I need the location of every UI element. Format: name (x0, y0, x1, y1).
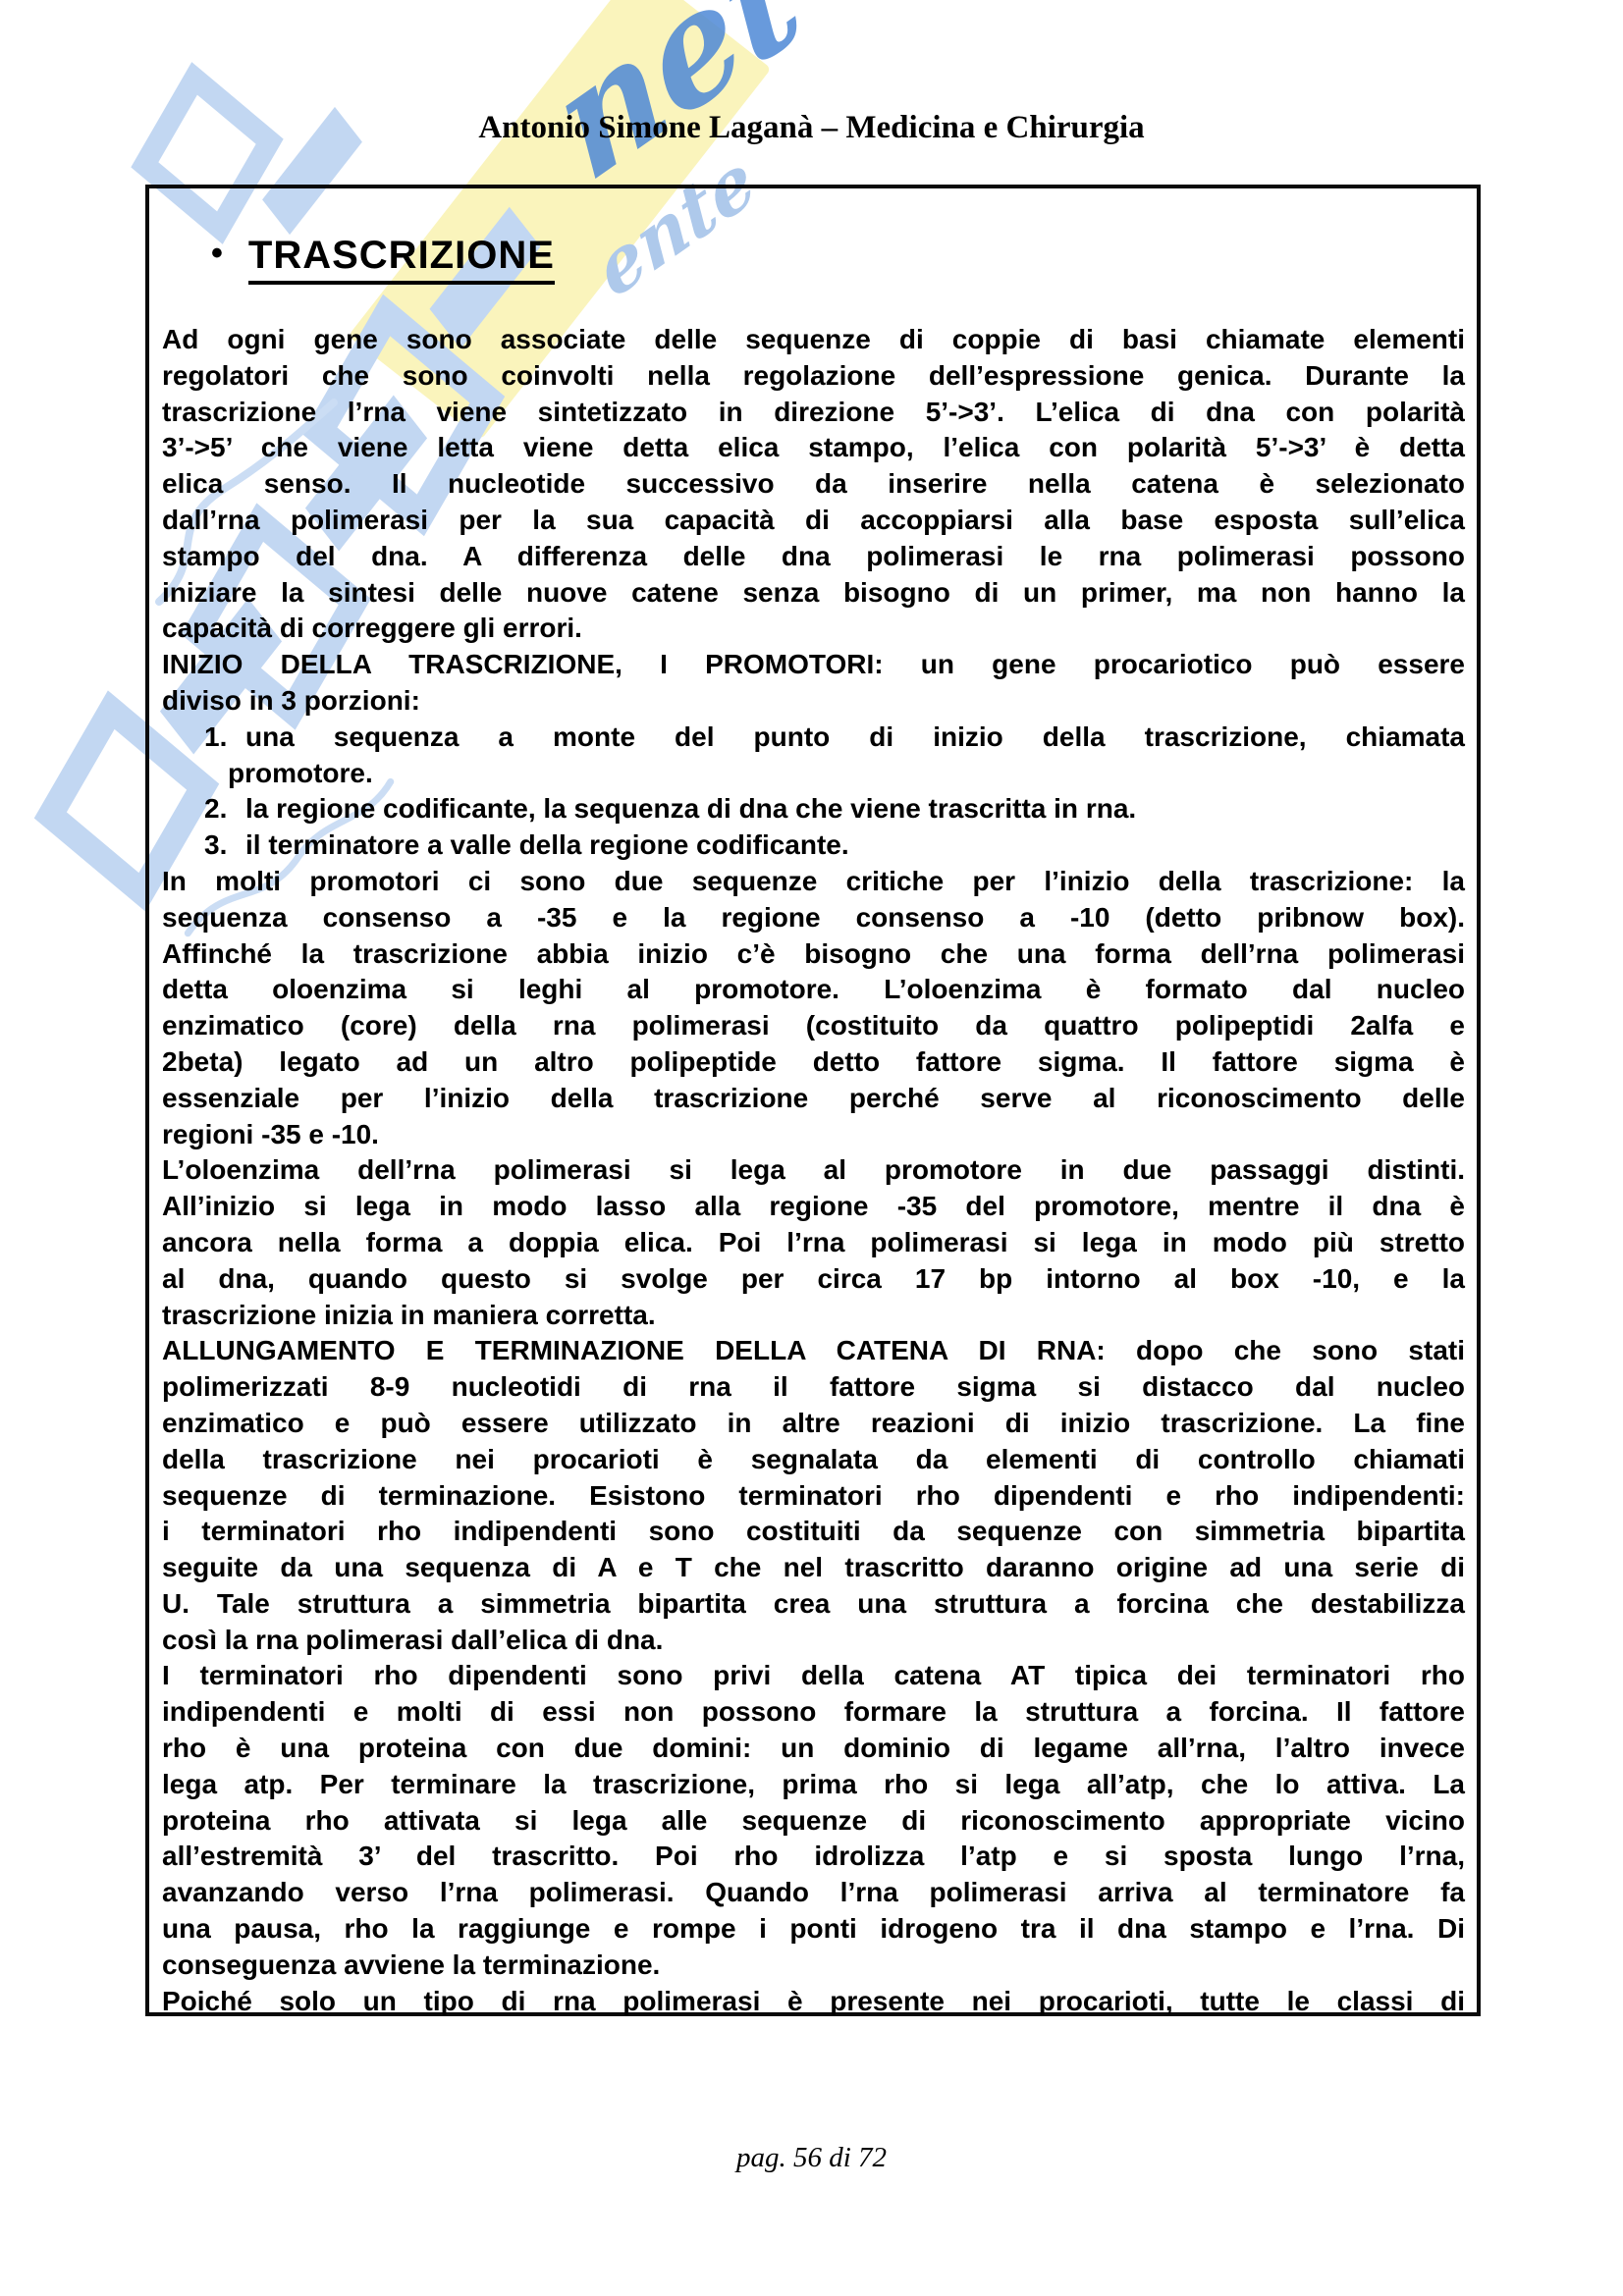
text-line: della trascrizione nei procarioti è segn… (162, 1442, 1465, 1478)
text-line: così la rna polimerasi dall’elica di dna… (162, 1623, 1465, 1659)
text-line: U. Tale struttura a simmetria bipartita … (162, 1586, 1465, 1623)
text-line: promotore. (162, 756, 1465, 792)
page-number: pag. 56 di 72 (0, 2142, 1623, 2174)
bullet-icon: • (211, 235, 223, 272)
text-line: enzimatico (core) della rna polimerasi (… (162, 1008, 1465, 1044)
text-line: Poiché solo un tipo di rna polimerasi è … (162, 1984, 1465, 2020)
text-line: proteina rho attivata si lega alle seque… (162, 1803, 1465, 1840)
list-number: 2. (204, 791, 227, 828)
text-line: lega atp. Per terminare la trascrizione,… (162, 1767, 1465, 1803)
list-item-line: 1.una sequenza a monte del punto di iniz… (162, 720, 1465, 756)
list-item-text: il terminatore a valle della regione cod… (245, 829, 849, 860)
watermark-script-net: net (535, 0, 819, 204)
text-line: trascrizione l’rna viene sintetizzato in… (162, 395, 1465, 431)
text-line: diviso in 3 porzioni: (162, 683, 1465, 720)
text-line: In molti promotori ci sono due sequenze … (162, 864, 1465, 900)
list-item-text: una sequenza a monte del punto di inizio… (245, 721, 1465, 752)
text-line: sequenza consenso a -35 e la regione con… (162, 900, 1465, 936)
text-line: indipendenti e molti di essi non possono… (162, 1694, 1465, 1731)
text-line: enzimatico e può essere utilizzato in al… (162, 1406, 1465, 1442)
content-box: •TRASCRIZIONE Ad ogni gene sono associat… (145, 185, 1481, 2016)
text-line: detta oloenzima si leghi al promotore. L… (162, 972, 1465, 1008)
text-line: una pausa, rho la raggiunge e rompe i po… (162, 1911, 1465, 1948)
text-line: conseguenza avviene la terminazione. (162, 1948, 1465, 1984)
text-line: rho è una proteina con due domini: un do… (162, 1731, 1465, 1767)
text-line: Ad ogni gene sono associate delle sequen… (162, 322, 1465, 358)
section-title: TRASCRIZIONE (248, 234, 555, 285)
text-line: all’estremità 3’ del trascritto. Poi rho… (162, 1839, 1465, 1875)
text-line: i terminatori rho indipendenti sono cost… (162, 1514, 1465, 1550)
page-header-title: Antonio Simone Laganà – Medicina e Chiru… (0, 110, 1623, 146)
text-line: elica senso. Il nucleotide successivo da… (162, 466, 1465, 503)
section-title-row: •TRASCRIZIONE (211, 234, 1465, 289)
text-line: iniziare la sintesi delle nuove catene s… (162, 575, 1465, 612)
text-line: regioni -35 e -10. (162, 1117, 1465, 1153)
text-line: polimerizzati 8-9 nucleotidi di rna il f… (162, 1369, 1465, 1406)
text-line: stampo del dna. A differenza delle dna p… (162, 539, 1465, 575)
text-line: regolatori che sono coinvolti nella rego… (162, 358, 1465, 395)
text-line: ALLUNGAMENTO E TERMINAZIONE DELLA CATENA… (162, 1333, 1465, 1369)
text-line: trascrizione inizia in maniera corretta. (162, 1298, 1465, 1334)
document-body: Ad ogni gene sono associate delle sequen… (162, 322, 1465, 2019)
text-line: sequenze di terminazione. Esistono termi… (162, 1478, 1465, 1515)
text-line: L’oloenzima dell’rna polimerasi si lega … (162, 1152, 1465, 1189)
text-line: All’inizio si lega in modo lasso alla re… (162, 1189, 1465, 1225)
list-item-text: la regione codificante, la sequenza di d… (245, 793, 1136, 824)
list-item-line: 2.la regione codificante, la sequenza di… (162, 791, 1465, 828)
list-number: 3. (204, 828, 227, 864)
text-line: seguite da una sequenza di A e T che nel… (162, 1550, 1465, 1586)
text-line: INIZIO DELLA TRASCRIZIONE, I PROMOTORI: … (162, 647, 1465, 683)
text-line: avanzando verso l’rna polimerasi. Quando… (162, 1875, 1465, 1911)
text-line: dall’rna polimerasi per la sua capacità … (162, 503, 1465, 539)
text-line: essenziale per l’inizio della trascrizio… (162, 1081, 1465, 1117)
text-line: 3’->5’ che viene letta viene detta elica… (162, 430, 1465, 466)
text-line: capacità di correggere gli errori. (162, 611, 1465, 647)
list-number: 1. (204, 720, 227, 756)
list-item-line: 3.il terminatore a valle della regione c… (162, 828, 1465, 864)
text-line: I terminatori rho dipendenti sono privi … (162, 1658, 1465, 1694)
document-page: { "header": { "title": "Antonio Simone L… (0, 0, 1623, 2296)
text-line: al dna, quando questo si svolge per circ… (162, 1261, 1465, 1298)
text-line: Affinché la trascrizione abbia inizio c’… (162, 936, 1465, 973)
text-line: 2beta) legato ad un altro polipeptide de… (162, 1044, 1465, 1081)
text-line: ancora nella forma a doppia elica. Poi l… (162, 1225, 1465, 1261)
